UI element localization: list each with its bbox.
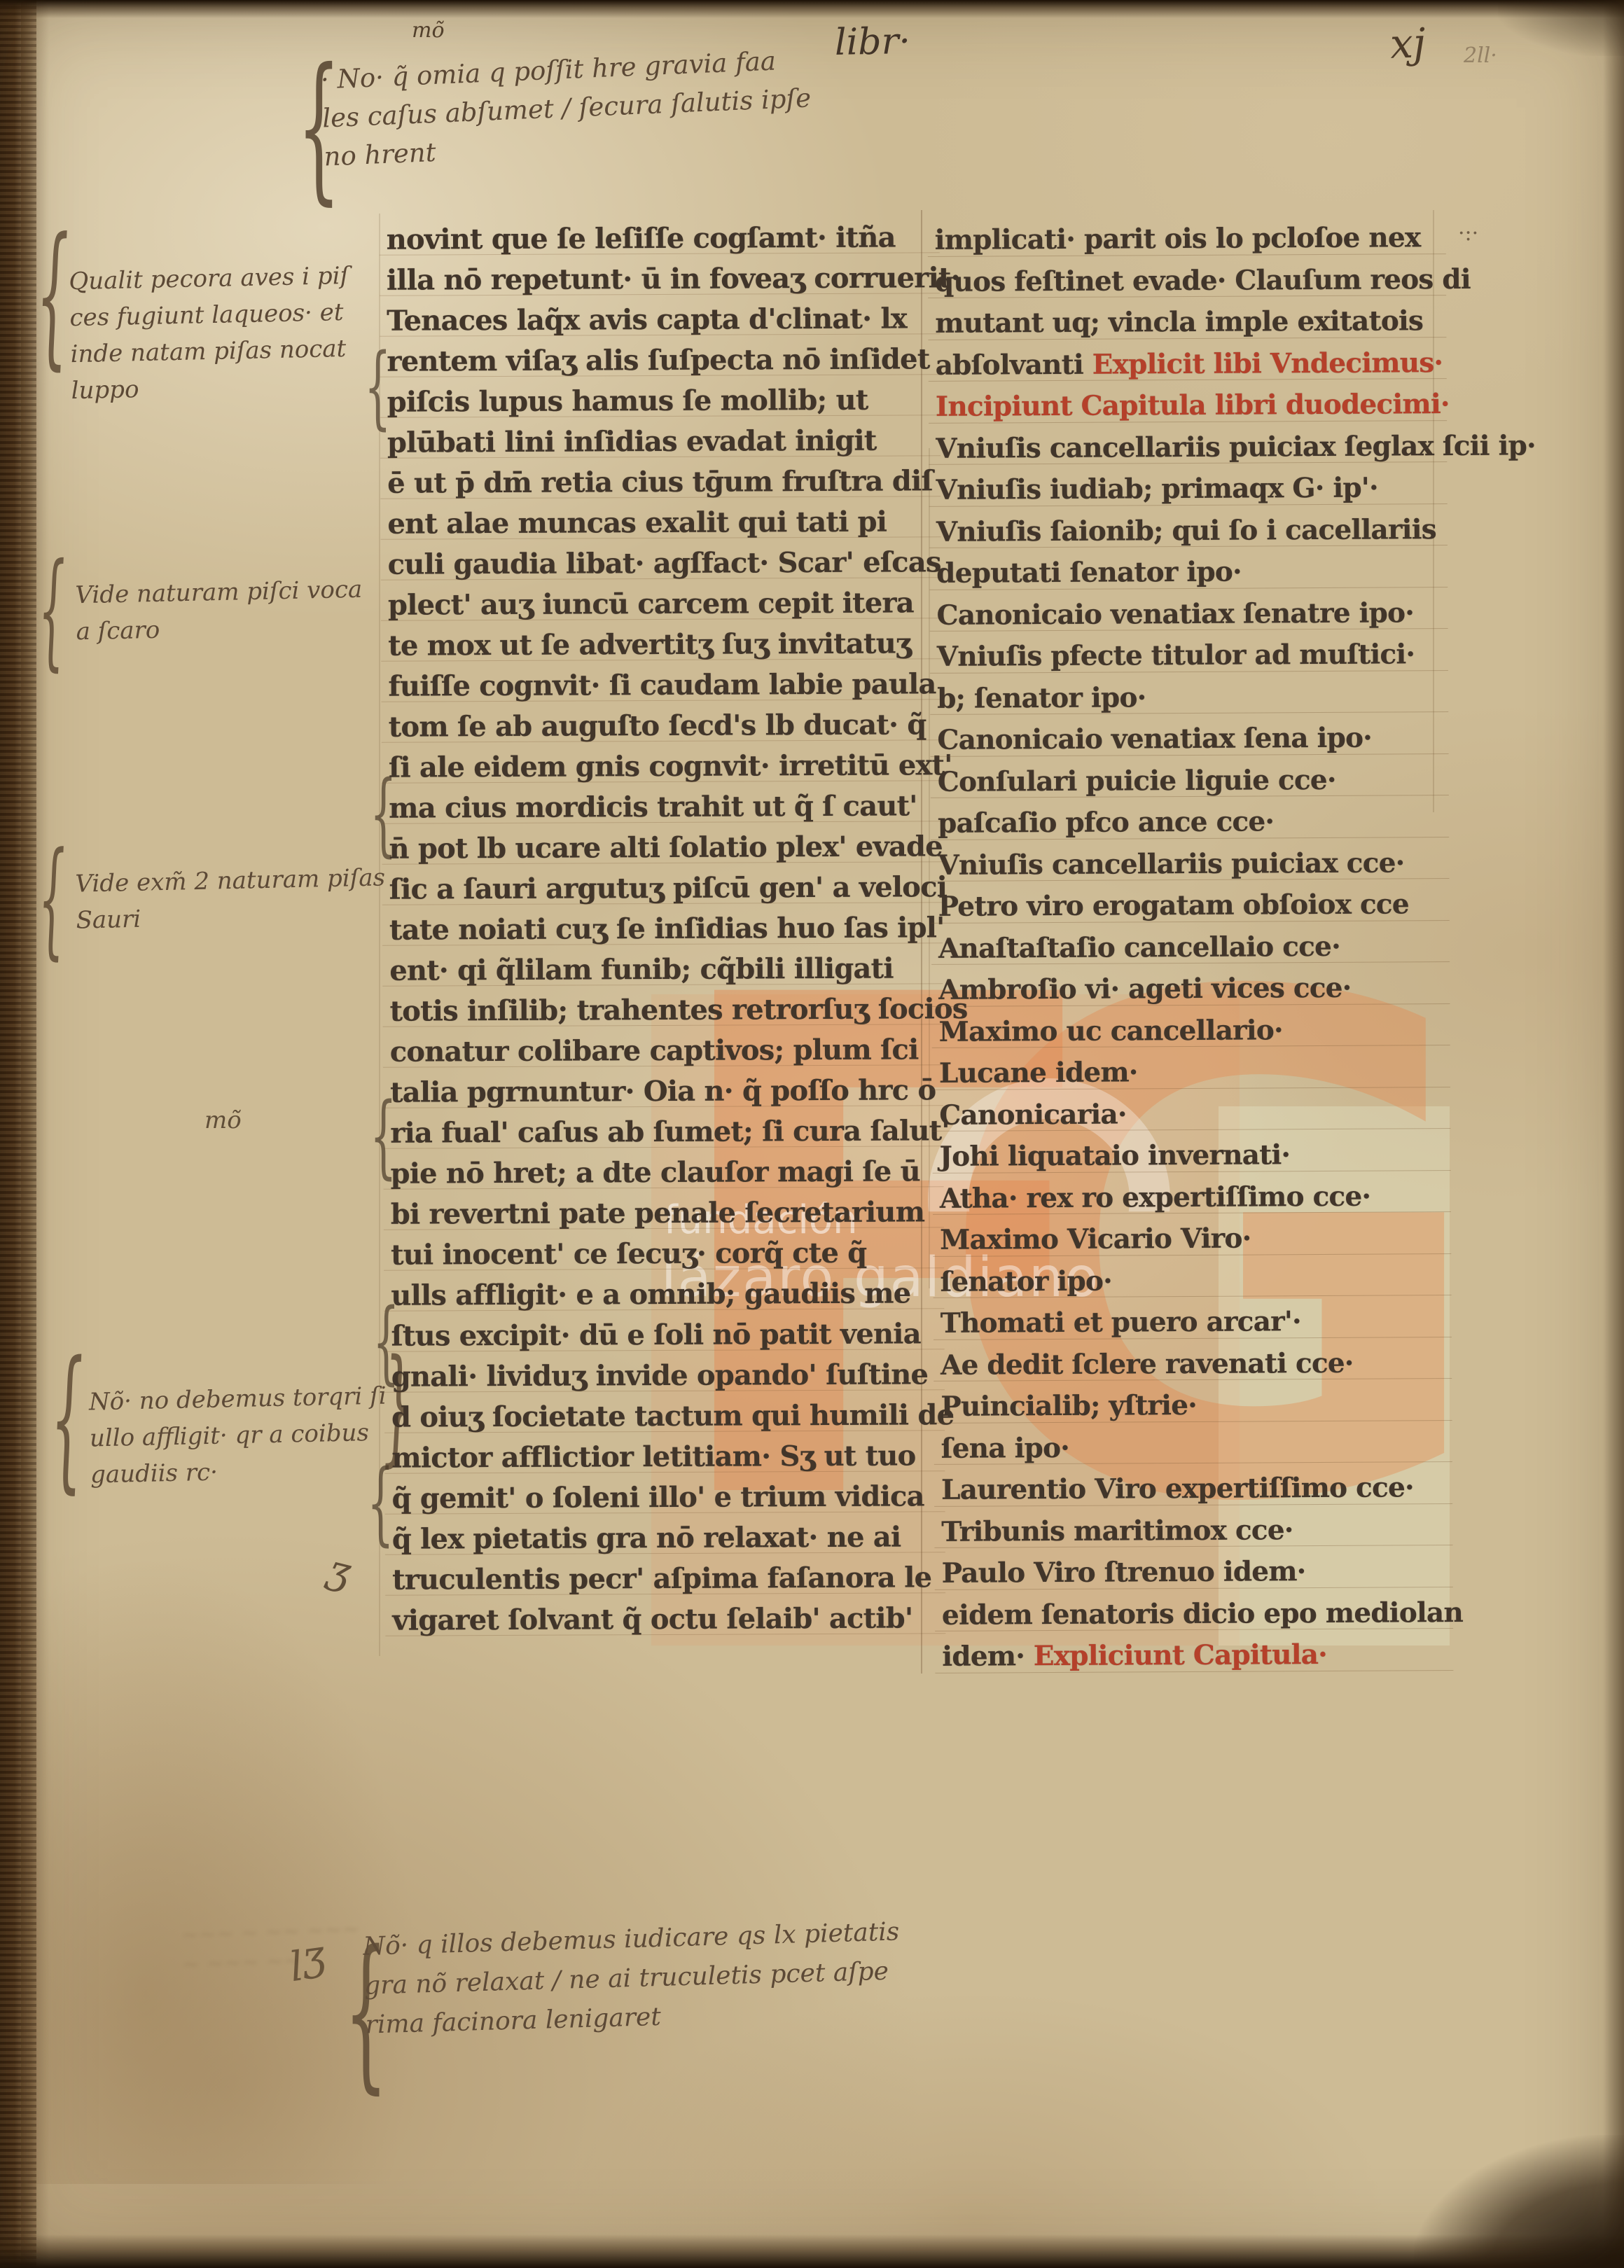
line-text: Paulo Viro ſtrenuo idem· bbox=[942, 1555, 1306, 1589]
line-text: Vniuſis cancellariis puiciax ſeglax ſcii… bbox=[936, 429, 1536, 464]
text-line: Canonicaria· bbox=[939, 1092, 1441, 1136]
parchment-stain bbox=[28, 1554, 420, 2184]
text-line: idem· Expliciunt Capitula· bbox=[942, 1634, 1443, 1678]
text-line: ſi ale eidem gnis cognvit· irretitū ext' bbox=[389, 745, 932, 788]
text-line: illa nō repetunt· ū in foveaʒ corruerit· bbox=[387, 258, 930, 300]
text-line: tui inocent' ce ſecuʒ· corq̃ cte q̃ bbox=[391, 1232, 934, 1275]
text-line: piſcis lupus hamus ſe mollib; ut bbox=[387, 380, 931, 422]
line-text: Maximo Vicario Viro· bbox=[940, 1223, 1251, 1256]
text-line: ſena ipo· bbox=[941, 1426, 1443, 1470]
text-line: abſolvanti Explicit libi Vndecimus· bbox=[935, 342, 1436, 387]
line-text: Conſulari puicie liguie cce· bbox=[938, 763, 1336, 798]
note-line: Vide exm̃ 2 naturam piſas bbox=[75, 859, 386, 902]
text-line: ent· qi q̃lilam funib; cq̃bili illigati bbox=[389, 948, 933, 991]
note-line: ullo affligit· qr a coibus bbox=[90, 1414, 388, 1457]
folio-side-note: 2ll· bbox=[1464, 43, 1497, 68]
line-text: abſolvanti bbox=[936, 348, 1092, 381]
text-line: Conſulari puicie liguie cce· bbox=[938, 759, 1439, 803]
binding-edge-left-shadow bbox=[21, 0, 49, 2268]
line-text: mutant uq; vincla imple exitatois bbox=[935, 305, 1423, 340]
line-text: Vniuſis pfecte titulor ad muſtici· bbox=[937, 638, 1415, 673]
rubric-text: Incipiunt Capitula libri duodecimi· bbox=[936, 388, 1450, 423]
line-text: Atha· rex ro expertiſſimo cce· bbox=[940, 1180, 1371, 1214]
page-edge-bottom bbox=[0, 2234, 1624, 2268]
main-text-right-column: implicati· parit ois lo pcloſoe nex quos… bbox=[935, 217, 1444, 1678]
text-line: mictor afflictior letitiam· Sʒ ut tuo bbox=[391, 1435, 935, 1478]
line-text: b; ſenator ipo· bbox=[937, 681, 1146, 715]
line-text: ſena ipo· bbox=[941, 1431, 1070, 1464]
manuscript-page: F G fundación lázaro galdiano libr· xj 2… bbox=[0, 0, 1624, 2268]
text-line: d oiuʒ ſocietate tactum qui humili de bbox=[391, 1395, 935, 1438]
line-text: paſcaſio pfco ance cce· bbox=[938, 805, 1274, 840]
text-line: Maximo uc cancellario· bbox=[938, 1009, 1440, 1053]
page-corner-top-right bbox=[1498, 0, 1624, 56]
text-line: Vniuſis ſaionib; qui ſo i cacellariis bbox=[936, 509, 1438, 553]
page-corner-bottom-right bbox=[1414, 2135, 1624, 2268]
text-line: mutant uq; vincla imple exitatois bbox=[935, 300, 1436, 345]
page-edge-right bbox=[1603, 0, 1624, 2268]
bottom-margin-note: Nõ· q illos debemus iudicare qs lx pieta… bbox=[363, 1912, 902, 2045]
note-line: a ſcaro bbox=[76, 608, 363, 651]
text-line: q̃ gemit' o ſoleni illo' e trium vidica bbox=[391, 1476, 935, 1519]
text-line: n̄ pot lb ucare alti ſolatio plex' evade bbox=[389, 826, 932, 869]
text-line: paſcaſio pfco ance cce· bbox=[938, 800, 1439, 844]
text-line: tate noiati cuʒ ſe inſidias huo ſas ipl' bbox=[389, 907, 933, 950]
text-line: talia pgrnuntur· Oia n· q̃ poſſo hrc ō bbox=[390, 1070, 934, 1113]
note-line: Qualit pecora aves i piſ bbox=[69, 258, 349, 300]
margin-note-3: { Vide exm̃ 2 naturam piſasSauri bbox=[75, 859, 387, 938]
text-line: tom ſe ab auguſto ſecd's lb ducat· q̃ bbox=[389, 704, 932, 747]
text-line: ē ut p̄ dm̄ retia cius tḡum fruſtra diſ bbox=[387, 461, 931, 503]
text-line: Puincialib; yſtrie· bbox=[941, 1384, 1442, 1428]
text-line: ſenator ipo· bbox=[940, 1259, 1441, 1303]
text-line: Tribunis maritimox cce· bbox=[941, 1509, 1443, 1553]
text-line: plūbati lini inſidias evadat inigit bbox=[387, 420, 931, 463]
line-text: Anaſtaſtaſio cancellaio cce· bbox=[938, 930, 1340, 964]
line-text: Canonicaria· bbox=[939, 1098, 1127, 1131]
note-line: inde natam piſas nocat bbox=[70, 331, 351, 373]
rubric-text: Explicit libi Vndecimus· bbox=[1092, 347, 1443, 381]
text-line: Canonicaio venatiax ſena ipo· bbox=[937, 717, 1438, 761]
margin-note-2: { Vide naturam piſci vocaa ſcaro bbox=[75, 571, 363, 651]
line-text: Puincialib; yſtrie· bbox=[941, 1389, 1197, 1423]
text-line: Anaſtaſtaſio cancellaio cce· bbox=[938, 926, 1440, 970]
text-line: ma cius mordicis trahit ut q̃ ſ caut' bbox=[389, 786, 932, 828]
note-line: Sauri bbox=[76, 896, 387, 938]
margin-note-4: { } Nõ· no debemus torqri ſiullo affligi… bbox=[88, 1378, 388, 1494]
line-text: Tribunis maritimox cce· bbox=[941, 1514, 1293, 1548]
running-title: libr· bbox=[834, 20, 910, 64]
line-text: deputati ſenator ipo· bbox=[936, 556, 1242, 590]
text-line: ſic a ſauri argutuʒ piſcū gen' a veloci bbox=[389, 867, 933, 910]
text-line: novint que ſe leſiſſe cogſamt· itña bbox=[387, 217, 930, 260]
text-line: pie nō hret; a dte clauſor magi ſe ū bbox=[390, 1151, 934, 1194]
text-line: Johi liquataio invernati· bbox=[939, 1134, 1441, 1178]
margin-note-1: { Qualit pecora aves i piſces fugiunt la… bbox=[69, 258, 352, 409]
note-line: ces fugiunt laqueos· et bbox=[69, 294, 350, 336]
line-text: ſenator ipo· bbox=[940, 1265, 1112, 1298]
text-line: Petro viro erogatam obſoiox cce bbox=[938, 884, 1440, 928]
text-line: conatur colibare captivos; plum ſci bbox=[390, 1029, 934, 1072]
text-line: bi revertni pate penale ſecretarium bbox=[391, 1192, 934, 1234]
text-line: fuiſſe cognvit· ſi caudam labie paula bbox=[388, 664, 931, 707]
text-line: Thomati et puero arcar'· bbox=[941, 1300, 1442, 1344]
text-line: rentem viſaʒ alis ſuſpecta nō inſidet bbox=[387, 339, 930, 382]
line-text: Canonicaio venatiax ſenatre ipo· bbox=[936, 597, 1414, 632]
note-line: Nõ· no debemus torqri ſi bbox=[88, 1378, 387, 1421]
text-line: Ae dedit ſclere ravenati cce· bbox=[941, 1342, 1442, 1386]
text-line: Vniuſis pfecte titulor ad muſtici· bbox=[937, 634, 1438, 678]
top-margin-note: · No· q̃ omia q poſſit hre gravia faales… bbox=[320, 40, 814, 176]
margin-note-4-brace: { bbox=[50, 1382, 85, 1455]
text-line: q̃ lex pietatis gra nō relaxat· ne ai bbox=[392, 1517, 936, 1559]
text-line: Incipiunt Capitula libri duodecimi· bbox=[936, 384, 1437, 428]
line-text: Lucane idem· bbox=[939, 1056, 1138, 1089]
line-text: eidem ſenatoris dicio epo mediolan bbox=[942, 1596, 1463, 1631]
text-line: totis inſilib; trahentes retrorſuʒ ſocio… bbox=[389, 989, 933, 1031]
line-text: quos feſtinet evade· Clauſum reos di bbox=[935, 263, 1471, 298]
text-line: truculentis pecr' aſpima faſanora le bbox=[392, 1557, 936, 1600]
note-line: Vide naturam piſci voca bbox=[75, 571, 363, 614]
text-line: eidem ſenatoris dicio epo mediolan bbox=[942, 1592, 1443, 1636]
line-text: Petro viro erogatam obſoiox cce bbox=[938, 888, 1409, 923]
text-line: Vniuſis cancellariis puiciax ſeglax ſcii… bbox=[936, 426, 1437, 470]
note-line: gaudiis rc· bbox=[90, 1451, 389, 1494]
text-line: culi gaudia libat· agſfact· Scar' eſcas bbox=[388, 542, 931, 585]
line-text: Ambroſio vi· ageti vices cce· bbox=[938, 972, 1351, 1006]
text-line: Vniuſis cancellariis puiciax cce· bbox=[938, 842, 1439, 886]
main-text-left-column: novint que ſe leſiſſe cogſamt· itñailla … bbox=[387, 217, 936, 1641]
text-line: implicati· parit ois lo pcloſoe nex bbox=[935, 217, 1436, 261]
text-line: Paulo Viro ſtrenuo idem· bbox=[942, 1550, 1443, 1594]
text-line: Vniuſis iudiab; primaqx G· ip'· bbox=[936, 467, 1437, 511]
text-line: Lucane idem· bbox=[939, 1050, 1441, 1094]
paragraph-brace: { bbox=[367, 1451, 394, 1556]
text-line: gnali· lividuʒ invide opando' ſuſtine bbox=[391, 1354, 935, 1397]
line-text: Vniuſis iudiab; primaqx G· ip'· bbox=[936, 472, 1377, 506]
line-text: Canonicaio venatiax ſena ipo· bbox=[937, 722, 1372, 756]
text-line: b; ſenator ipo· bbox=[937, 676, 1438, 720]
note-line: luppo bbox=[71, 367, 352, 409]
text-line: te mox ut ſe advertitʒ ſuʒ invitatuʒ bbox=[388, 623, 931, 666]
text-line: deputati ſenator ipo· bbox=[936, 550, 1438, 594]
line-text: Vniuſis cancellariis puiciax cce· bbox=[938, 847, 1404, 881]
text-line: ſtus excipit· dū e ſoli nō patit venia bbox=[391, 1314, 934, 1356]
text-line: Laurentio Viro expertiſſimo cce· bbox=[941, 1467, 1443, 1511]
text-line: ent alae muncas exalit qui tati pi bbox=[387, 501, 931, 544]
text-line: vigaret ſolvant q̃ octu ſelaib' actib' bbox=[392, 1598, 936, 1641]
rubric-text: Expliciunt Capitula· bbox=[1034, 1639, 1327, 1672]
text-line: quos feſtinet evade· Clauſum reos di bbox=[935, 259, 1436, 303]
line-text: Laurentio Viro expertiſſimo cce· bbox=[941, 1471, 1414, 1506]
text-line: Canonicaio venatiax ſenatre ipo· bbox=[936, 592, 1438, 636]
text-line: Maximo Vicario Viro· bbox=[940, 1217, 1441, 1261]
line-text: Maximo uc cancellario· bbox=[939, 1014, 1283, 1048]
page-edge-top bbox=[0, 0, 1624, 18]
text-line: ulls affligit· e a omnib; gaudiis me bbox=[391, 1273, 934, 1316]
folio-number: xj bbox=[1389, 19, 1427, 68]
paraph-dots-mark: ·:· bbox=[1458, 221, 1478, 246]
text-line: ria fual' caſus ab ſumet; ſi cura ſalut' bbox=[390, 1111, 934, 1153]
line-text: implicati· parit ois lo pcloſoe nex bbox=[935, 221, 1421, 256]
text-line: Tenaces laq̃x avis capta d'clinat· lx bbox=[387, 298, 930, 341]
text-line: Ambroſio vi· ageti vices cce· bbox=[938, 967, 1440, 1011]
line-text: Johi liquataio invernati· bbox=[939, 1139, 1290, 1173]
line-text: idem· bbox=[942, 1640, 1034, 1673]
line-text: Vniuſis ſaionib; qui ſo i cacellariis bbox=[936, 513, 1436, 548]
line-text: Thomati et puero arcar'· bbox=[941, 1305, 1301, 1340]
text-line: plect' auʒ iuncū carcem cepit itera bbox=[388, 583, 931, 625]
mid-margin-mark: mõ bbox=[204, 1106, 242, 1134]
line-text: Ae dedit ſclere ravenati cce· bbox=[941, 1347, 1354, 1381]
text-line: Atha· rex ro expertiſſimo cce· bbox=[940, 1176, 1441, 1220]
top-note-mark: mõ bbox=[412, 18, 445, 43]
